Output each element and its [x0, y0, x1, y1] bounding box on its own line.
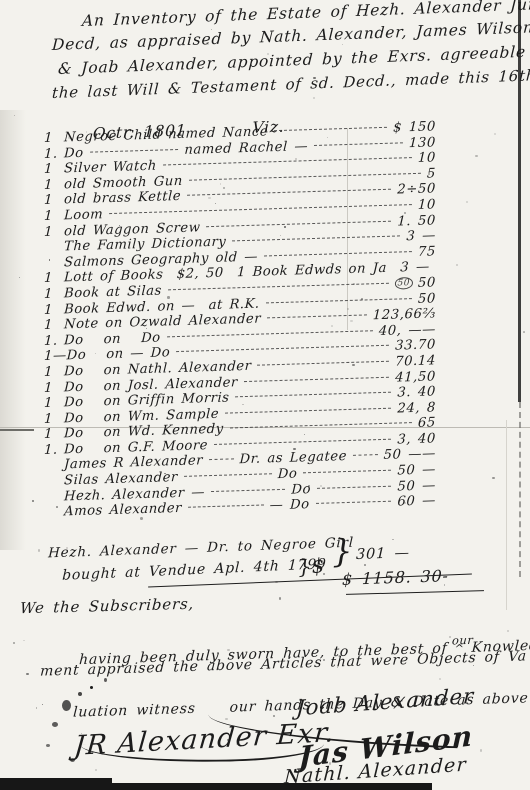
item-quantity: [44, 484, 64, 485]
item-value: 24, 8: [397, 400, 436, 416]
left-edge-shading: [0, 110, 26, 550]
scan-noise-speck: [13, 642, 15, 644]
scan-noise-speck: [56, 506, 58, 508]
scan-noise-speck: [225, 718, 227, 720]
dashed-leader: [257, 361, 389, 366]
scan-noise-speck: [329, 762, 332, 765]
scan-noise-speck: [236, 743, 238, 745]
scan-noise-speck: [148, 658, 150, 660]
scan-noise-speck: [449, 636, 451, 638]
dashed-leader: [264, 251, 412, 256]
vendue-brace: }: [331, 532, 353, 571]
vendue-amount: 301 —: [356, 545, 410, 563]
item-value: 60 —: [397, 494, 436, 510]
scan-noise-speck: [167, 296, 169, 298]
scan-noise-speck: [86, 131, 87, 132]
scan-noise-speck: [352, 364, 354, 366]
dashed-leader: [206, 220, 391, 226]
vendue-line-2: bought at Vendue Apl. 4th 1799: [62, 556, 327, 584]
ink-blot: [78, 692, 82, 696]
item-value: 70.14: [395, 353, 436, 369]
dashed-leader: [235, 392, 391, 398]
dashed-leader: [187, 189, 391, 196]
ink-blot: [46, 744, 50, 747]
total-underline: [346, 590, 484, 595]
scan-noise-speck: [428, 173, 429, 174]
inserted-word-text: our: [452, 633, 474, 648]
scan-noise-speck: [404, 502, 406, 504]
fold-crease-dark-tick: [0, 429, 34, 431]
item-value: 50 —: [397, 478, 436, 494]
scan-noise-speck: [122, 549, 124, 551]
item-quantity: 1: [44, 193, 65, 209]
item-quantity: 1: [44, 395, 65, 411]
dashed-leader: [274, 127, 387, 131]
dashed-leader: [314, 142, 403, 146]
dashed-leader: [167, 330, 373, 337]
scan-noise-speck: [313, 97, 315, 99]
scan-noise-speck: [223, 187, 225, 189]
closing-salutation: We the Subscribers,: [19, 595, 194, 618]
item-value: 75: [418, 244, 437, 260]
item-value: 50 —: [397, 462, 436, 478]
scan-noise-speck: [363, 408, 365, 410]
item-description: Amos Alexander: [64, 501, 182, 520]
scan-noise-speck: [473, 665, 474, 666]
item-mid-label: Do: [277, 467, 297, 483]
scan-noise-speck: [392, 539, 393, 540]
scan-noise-speck: [95, 769, 98, 772]
item-value: 40, ——: [378, 322, 436, 339]
dashed-leader: [184, 473, 272, 477]
item-quantity: 1.: [44, 442, 65, 458]
item-description: Do: [64, 145, 84, 161]
dashed-leader: [225, 407, 391, 413]
item-quantity: 1: [44, 271, 65, 287]
dashed-leader: [267, 315, 367, 319]
item-value: 123,66⅔: [372, 306, 436, 323]
total-amount: $ 1158. 30-: [342, 566, 449, 589]
item-quantity: 1: [44, 411, 65, 427]
item-quantity: 1: [44, 224, 65, 240]
item-value: 33.70: [395, 338, 436, 354]
item-quantity: 1: [44, 208, 65, 224]
item-value: $ 150: [393, 119, 436, 135]
item-quantity: 1: [44, 302, 65, 318]
scan-noise-speck: [304, 434, 305, 435]
item-value: 3 —: [400, 260, 430, 276]
scan-noise-speck: [23, 640, 24, 641]
dashed-leader: [244, 376, 390, 381]
item-value: 10: [418, 151, 437, 167]
scan-noise-speck: [323, 573, 324, 574]
item-quantity: 1.: [44, 333, 65, 349]
scan-noise-speck: [119, 225, 120, 226]
scan-noise-speck: [32, 500, 34, 502]
ink-blot: [90, 686, 93, 689]
dashed-leader: [214, 439, 391, 445]
scan-noise-speck: [342, 44, 343, 45]
dashed-leader: [317, 485, 392, 488]
scan-noise-speck: [208, 197, 211, 200]
ink-blot: [104, 678, 107, 682]
item-quantity: 1: [44, 427, 65, 443]
item-value: 2÷50: [397, 182, 436, 198]
scan-noise-speck: [81, 733, 82, 734]
scan-noise-speck: [492, 477, 495, 480]
scan-noise-speck: [215, 203, 216, 204]
dashed-leader: [109, 204, 412, 214]
item-value: 41,50: [395, 369, 436, 385]
dashed-leader: [189, 173, 421, 181]
dashed-leader: [316, 501, 392, 504]
item-value: 3, 40: [397, 431, 436, 447]
scan-noise-speck: [227, 649, 229, 651]
ink-blot: [70, 758, 75, 762]
item-quantity: [44, 469, 64, 470]
dashed-leader: [232, 236, 400, 242]
item-quantity: 1: [44, 286, 65, 302]
item-value: 10: [418, 197, 437, 213]
scan-noise-speck: [364, 564, 366, 566]
scan-noise-speck: [331, 325, 333, 327]
item-quantity: 1: [44, 380, 65, 396]
dashed-leader: [266, 298, 412, 303]
scan-noise-speck: [494, 133, 496, 135]
item-quantity: 1: [44, 162, 65, 178]
scan-noise-speck: [38, 549, 41, 552]
item-description: Book at Silas: [64, 283, 162, 301]
dashed-leader: [230, 422, 412, 428]
scan-noise-speck: [284, 729, 285, 730]
item-quantity: [44, 516, 64, 517]
item-quantity: 1: [44, 130, 65, 146]
scan-noise-speck: [284, 226, 285, 227]
item-value: 3 —: [406, 229, 436, 245]
item-value: 3. 40: [397, 384, 436, 400]
dashed-leader: [90, 149, 179, 153]
scan-noise-speck: [68, 136, 70, 138]
scan-noise-speck: [466, 201, 468, 203]
vendue-brace-2: }$: [297, 553, 326, 579]
item-quantity: [44, 500, 64, 501]
dashed-leader: [209, 459, 234, 461]
scan-noise-speck: [480, 749, 482, 751]
scan-noise-speck: [444, 584, 445, 585]
scan-noise-speck: [361, 298, 363, 300]
item-value: 130: [409, 135, 437, 151]
ink-blot: [52, 722, 58, 727]
scan-noise-speck: [275, 581, 278, 584]
scan-noise-speck: [308, 485, 310, 487]
dashed-leader: [353, 455, 378, 457]
item-value: 50: [418, 275, 437, 291]
scan-noise-speck: [507, 630, 509, 632]
scanned-document-page: An Inventory of the Estate of Hezh. Alex…: [0, 0, 530, 790]
dashed-leader: [163, 157, 412, 165]
item-value: 50: [418, 291, 437, 307]
item-quantity: [44, 266, 64, 267]
dashed-leader: [211, 488, 286, 491]
executor-underline-flourish: [80, 740, 324, 764]
scan-noise-speck: [456, 264, 458, 266]
scan-noise-speck: [404, 212, 406, 214]
ink-blot: [62, 700, 71, 711]
scan-noise-speck: [140, 517, 143, 520]
spacer: [387, 261, 401, 276]
correction-mark: 50: [394, 277, 413, 290]
scan-noise-speck: [279, 597, 281, 599]
item-value: 50 ——: [383, 447, 436, 464]
item-value: 1. 50: [397, 213, 436, 229]
dashed-leader: [188, 505, 264, 508]
dashed-leader: [176, 345, 389, 352]
item-value: 65: [418, 416, 437, 432]
bottom-left-scan-wedge: [0, 778, 112, 790]
item-quantity: 1—: [44, 349, 67, 365]
item-mid-label: — Do: [269, 497, 309, 513]
scan-noise-speck: [523, 331, 525, 333]
item-quantity: 1: [44, 364, 65, 380]
inventory-list: 1Negroe Child named Nance$ 1501.Donamed …: [44, 131, 436, 521]
item-quantity: [44, 251, 64, 252]
item-quantity: 1: [44, 318, 65, 334]
dashed-leader: [168, 283, 389, 291]
right-fold-line: [506, 420, 507, 610]
scan-noise-speck: [26, 673, 28, 675]
item-description: Silver Watch: [64, 159, 157, 177]
dashed-leader: [303, 470, 391, 474]
item-description: Loom: [64, 207, 104, 223]
closing-line-3a: luation witness: [73, 701, 196, 721]
scan-noise-speck: [206, 42, 209, 45]
scan-noise-speck: [475, 155, 477, 157]
right-scan-edge-lower: [519, 402, 523, 577]
item-quantity: 1.: [44, 146, 65, 162]
scan-noise-speck: [14, 115, 15, 116]
item-quantity: 1: [44, 177, 65, 193]
scan-noise-speck: [36, 707, 38, 709]
scan-noise-speck: [227, 739, 229, 741]
